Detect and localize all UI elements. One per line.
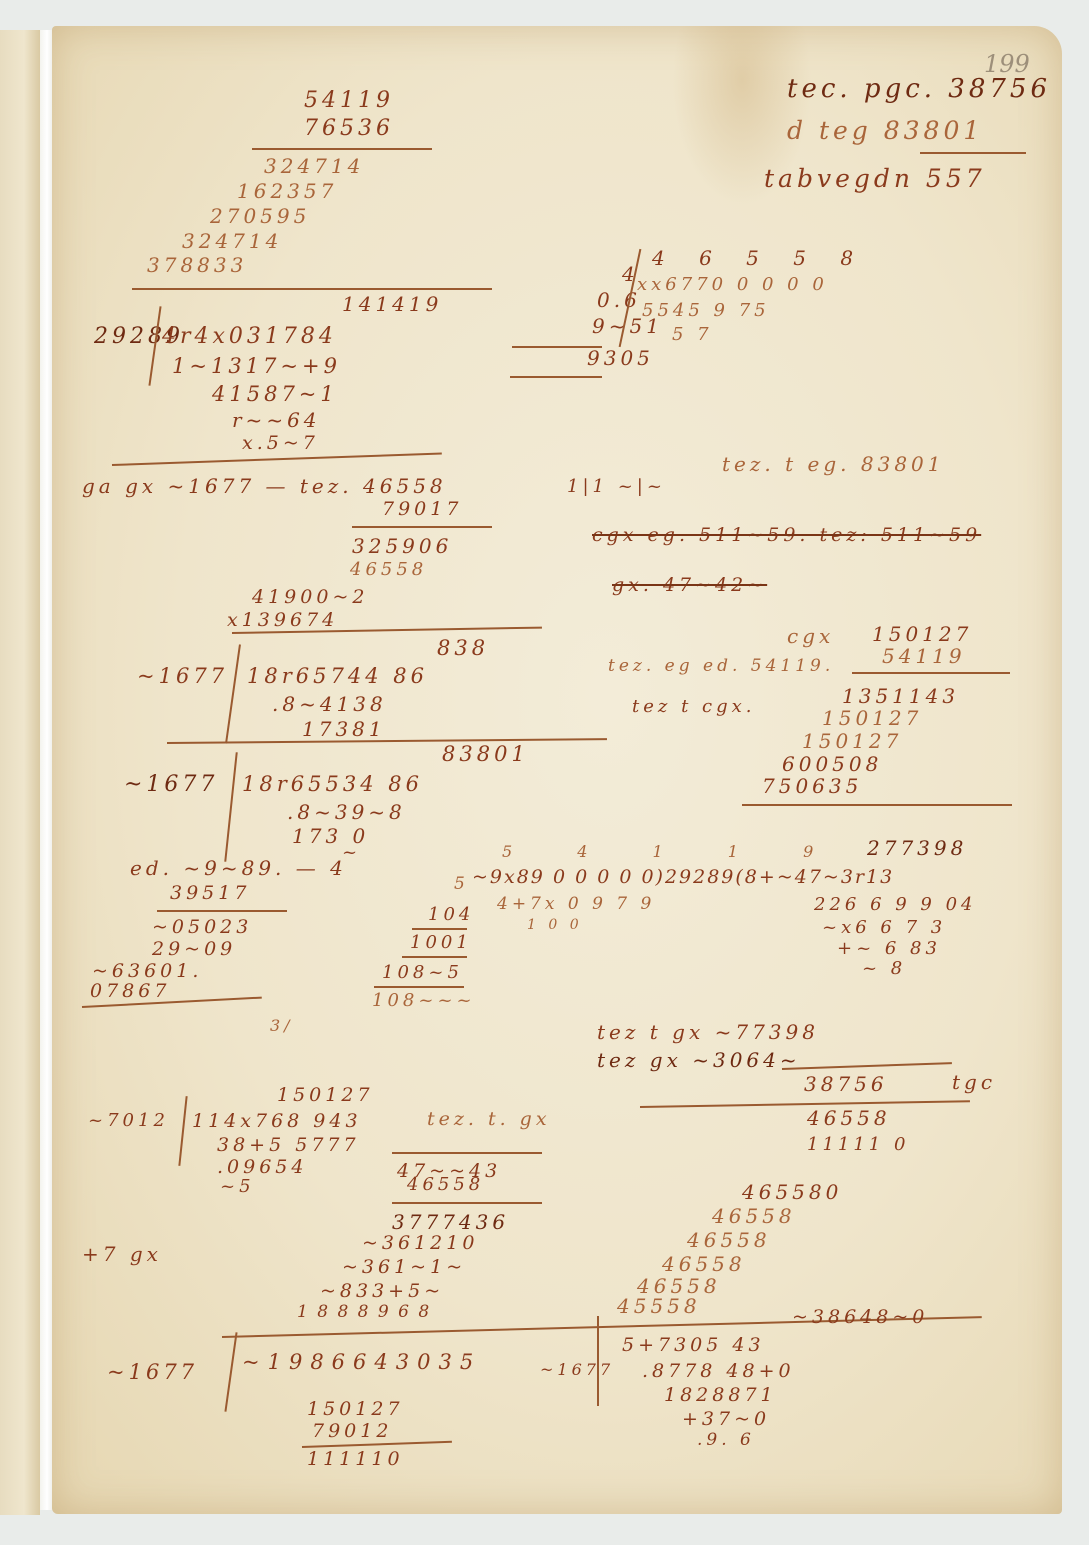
div2-row-1: xx6770 0 0 0 0 [637,276,828,294]
right-mid-factor-2: 54119 [882,646,966,666]
bottom-center-label: tez. t. gx [427,1110,551,1129]
mid-result-3: 41900~2 [252,588,368,607]
div1-row-1: 1~1317~+9 [172,356,341,377]
wide-div-below-2: 1 0 0 [527,918,583,932]
div7-row-5: .9. 6 [697,1432,755,1449]
div7-quotient: ~38648~0 [792,1308,928,1327]
header-rule [920,152,1026,154]
div7-row-3: 1828871 [664,1386,777,1405]
div2-rule-2 [510,376,602,378]
right-mid-label-1: tez. eg ed. 54119. [608,658,834,675]
wide-div-main: ~9x89 0 0 0 0 0)29289(8+~47~3r13 [472,868,894,887]
div2-left-4: 9305 [587,348,654,368]
small-col-2: 104 [428,906,474,924]
manuscript-page: 199 tec. pgc. 38756 d teg 83801 tabvegdn… [52,26,1062,1514]
bottom-center-row-2: ~361210 [362,1234,478,1253]
header-line-1: tec. pgc. 38756 [787,76,1051,102]
div2-row-3: 5 7 [672,326,713,344]
mult-partial-1: 324714 [264,156,364,176]
lower-left-sub: 39517 [170,884,250,903]
div6-divisor: ~1677 [107,1362,198,1383]
mult-rule [252,148,432,150]
div6-bracket [224,1332,237,1411]
div3-row-1: .8~4138 [272,694,387,714]
wide-div-row-2: ~x6 6 7 3 [822,919,946,937]
right-mid-partial-5: 750635 [762,776,862,796]
div1-row-3: r~~64 [232,410,321,430]
diag-row-2: 46558 [712,1206,796,1226]
bottom-center-row-1: 3777436 [392,1212,509,1232]
div7-row-2: .8778 48+0 [642,1362,795,1381]
mult-partial-2: 162357 [237,181,337,201]
div5-quotient: 150127 [277,1086,374,1105]
div2-top: 4 6 5 5 8 [652,248,867,268]
mid-result-4: x139674 [227,611,338,630]
right-mid-partial-4: 600508 [782,754,882,774]
lower-right-sum: 46558 [807,1108,891,1128]
lower-left-row-3: ~63601. [92,962,202,981]
lower-right-line-2: tez gx ~3064~ [597,1050,801,1070]
small-col-rule-3 [374,986,464,988]
mid-rule [112,452,442,466]
lower-left-rule [157,910,287,912]
mult-partial-5: 378833 [147,255,247,275]
diag-row-1: 465580 [742,1182,842,1202]
div4-divisor: ~1677 [124,774,218,796]
div6-ones: 111110 [307,1450,404,1469]
diag-row-5: 46558 [637,1276,721,1296]
small-col-4: 108~5 [382,964,463,982]
div6-sub-divisor: ~1677 [540,1362,614,1378]
div5-row-3: ~5 [220,1178,255,1196]
wide-div-row-3: +~ 6 83 [837,940,941,958]
div6-sub-2: 79012 [312,1422,392,1441]
lower-right-sub: 38756 [804,1074,888,1094]
div4-dividend: 18r65534 86 [242,774,423,795]
mult-factor-1: 54119 [304,90,394,112]
previous-page-edge [0,30,40,1515]
div3-divisor: ~1677 [137,666,228,687]
small-col-rule-1 [412,928,467,930]
div5-side-label: +7 gx [82,1244,162,1264]
diag-row-6: 45558 [617,1296,701,1316]
small-col-3: 1001 [410,934,472,952]
small-col-5: 108~~~ [372,992,476,1010]
bottom-center-row-4: ~833+5~ [320,1282,444,1301]
bottom-center-row-5: 1 8 8 8 9 6 8 [297,1304,431,1321]
mid-right-line-1: tez. t eg. 83801 [722,454,945,474]
wide-div-quotient: 277398 [867,838,967,858]
lower-left-row-4: 07867 [90,982,170,1001]
div2-left-2: 0.6 [597,290,641,310]
lower-left-label: ed. ~9~89. — 4 [130,858,347,878]
div5-divisor: ~7012 [88,1112,169,1130]
right-mid-rule-2 [742,804,1012,806]
div7-row-1: 5+7305 43 [622,1336,765,1355]
mult-partial-4: 324714 [182,231,282,251]
lower-right-side: tgc [952,1072,996,1092]
div4-row-1: .8~39~8 [287,802,406,822]
header-line-2: d teg 83801 [787,118,983,143]
mid-result-1: 325906 [352,536,452,556]
small-col-rule-2 [402,956,467,958]
div4-bracket [224,752,237,862]
div1-row-4: x.5~7 [242,434,319,453]
mult-factor-2: 76536 [304,118,394,140]
right-mid-partial-2: 150127 [822,708,922,728]
div6-right-bracket [597,1316,599,1406]
mid-result-2: 46558 [350,561,427,579]
wide-div-row-4: ~ 8 [862,960,906,978]
div7-row-4: +37~0 [682,1410,770,1429]
wide-div-below: 4+7x 0 9 7 9 [497,896,655,913]
mid-right-struck-1: cgx eg. 511~59. tez: 511~59 [592,526,981,545]
cross-mark: 1|1 ~|~ [567,478,666,496]
mid-sub: 79017 [382,500,462,519]
lower-left-row-2: 29~09 [152,940,236,959]
div2-row-2: 5545 9 75 [642,302,770,320]
mult-partial-3: 270595 [210,206,310,226]
cgx-label: cgx [787,626,834,646]
lower-right-rule-2 [640,1100,970,1108]
div3-bracket [225,644,241,743]
right-mid-factor-1: 150127 [872,624,972,644]
lower-left-row-1: ~05023 [152,918,252,937]
div1-dividend: 4r4x031784 [162,326,337,348]
bottom-center-rule-2 [392,1202,542,1204]
diag-row-3: 46558 [687,1230,771,1250]
right-mid-label-2: tez t cgx. [632,698,756,716]
div5-row-1: 38+5 5777 [217,1136,360,1155]
wide-div-row-1: 226 6 9 9 04 [814,896,977,914]
small-col-1: 5 [454,876,469,893]
partials-rule [132,288,492,290]
lower-right-rule-1 [782,1062,952,1070]
div3-dividend: 18r65744 86 [247,666,428,687]
div3-row-2: 17381 [302,719,386,739]
right-mid-rule-1 [852,672,1010,674]
right-mid-partial-3: 150127 [802,731,902,751]
lower-left-fraction: 3/ [270,1018,294,1034]
lower-right-ones: 11111 0 [807,1136,909,1154]
bottom-center-top-2: 46558 [407,1176,484,1194]
mid-sub-rule [352,526,492,528]
diag-row-4: 46558 [662,1254,746,1274]
bottom-center-rule-1 [392,1152,542,1154]
div4-quotient: 83801 [442,744,529,765]
div6-dividend: ~1986643035 [242,1352,481,1373]
mid-line: ga gx ~1677 — tez. 46558 [82,476,447,496]
right-mid-partial-1: 1351143 [842,686,959,706]
mid-right-struck-2: gx. 47~42~ [612,576,767,595]
div5-dividend: 114x768 943 [192,1112,362,1131]
div6-sub-1: 150127 [307,1400,404,1419]
div3-quotient: 838 [437,638,489,659]
div1-quotient: 141419 [342,294,442,314]
div5-bracket [178,1096,187,1166]
div1-row-2: 41587~1 [212,384,338,405]
div5-row-2: .09654 [217,1158,307,1177]
bottom-center-row-3: ~361~1~ [342,1258,466,1277]
lower-right-line-1: tez t gx ~77398 [597,1022,819,1042]
header-line-3: tabvegdn 557 [764,166,986,191]
wide-div-top: 5 4 1 1 9 [502,844,843,860]
div3-rule [167,738,607,744]
